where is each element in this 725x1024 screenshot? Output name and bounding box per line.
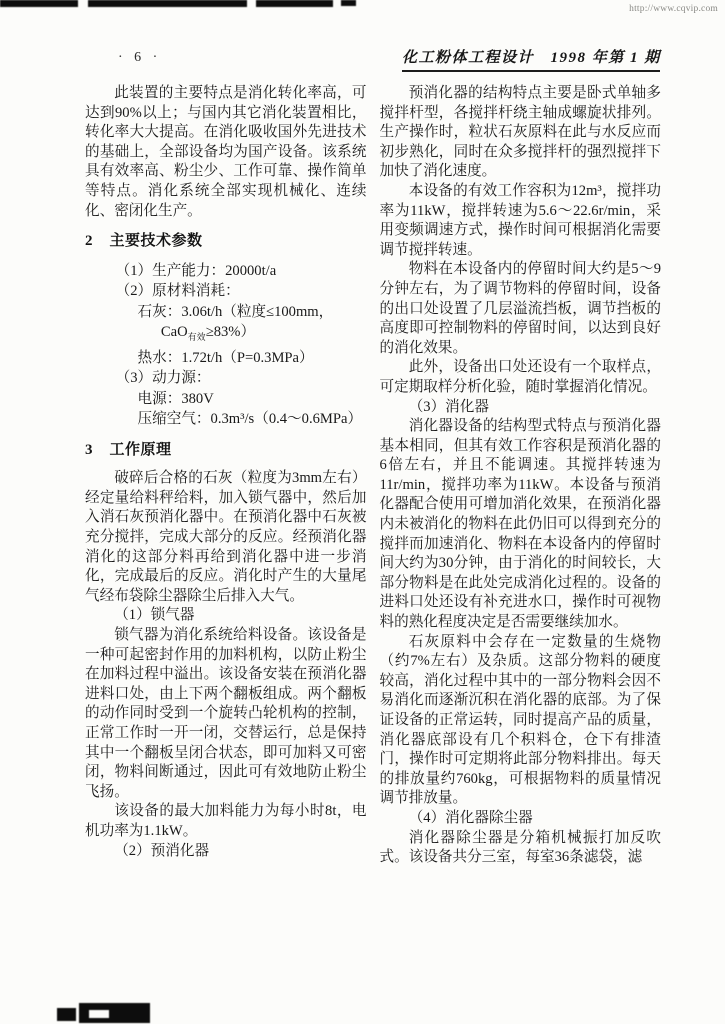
param-compressed-air: 压缩空气：0.3m³/s（0.4～0.6MPa） — [85, 409, 367, 430]
cao-formula: CaO — [161, 324, 188, 340]
paragraph-residence-time: 物料在本设备内的停留时间大约是5～9分钟左右，为了调节物料的停留时间，设备的出口… — [380, 260, 662, 358]
paragraph-digester: 消化器设备的结构型式特点与预消化器基本相同，但其有效工作容积是预消化器的6倍左右… — [380, 417, 662, 633]
left-column: 此装置的主要特点是消化转化率高，可达到90%以上；与国内其它消化装置相比，转化率… — [85, 84, 367, 868]
section-title: 工作原理 — [110, 442, 172, 458]
right-column: 预消化器的结构特点主要是卧式单轴多搅拌杆型，各搅拌杆绕主轴成螺旋状排列。生产操作… — [380, 84, 662, 868]
param-electric: 电源：380V — [85, 389, 367, 410]
section-number: 3 — [85, 442, 93, 458]
subsection-2-title: （2）预消化器 — [85, 842, 367, 862]
cao-subscript: 有效 — [188, 332, 206, 342]
scan-artifact-top-1 — [0, 0, 78, 7]
paragraph-intro: 此装置的主要特点是消化转化率高，可达到90%以上；与国内其它消化装置相比，转化率… — [85, 84, 367, 221]
subsection-3-title: （3）消化器 — [380, 398, 662, 418]
scanned-journal-page: http://www.cqvip.com · 6 · 化工粉体工程设计 1998… — [0, 0, 725, 1024]
paragraph-residue: 石灰原料中会存在一定数量的生烧物（约7%左右）及杂质。这部分物料的硬度较高，消化… — [380, 633, 662, 809]
watermark-url: http://www.cqvip.com — [629, 4, 718, 14]
param-cao: CaO有效≥83%） — [85, 322, 367, 347]
journal-header: 化工粉体工程设计 1998 年第 1 期 — [402, 46, 660, 72]
section-heading-2: 2主要技术参数 — [85, 232, 367, 252]
subsection-4-title: （4）消化器除尘器 — [380, 809, 662, 829]
param-raw-materials: （2）原材料消耗： — [85, 281, 367, 302]
param-power-source: （3）动力源： — [85, 368, 367, 389]
scan-artifact-top-4 — [341, 0, 356, 6]
paragraph-dust-collector: 消化器除尘器是分箱机械振打加反吹式。该设备共分三室，每室36条滤袋，滤 — [380, 829, 662, 868]
subsection-1-title: （1）锁气器 — [85, 606, 367, 626]
param-capacity: （1）生产能力：20000t/a — [85, 261, 367, 282]
page-number: · 6 · — [118, 50, 161, 66]
scan-artifact-bottom-notch — [89, 1010, 109, 1018]
scan-artifact-bottom-1 — [57, 1008, 76, 1021]
param-lime: 石灰：3.06t/h（粒度≤100mm， — [85, 302, 367, 323]
section-heading-3: 3工作原理 — [85, 441, 367, 461]
param-hot-water: 热水：1.72t/h（P=0.3MPa） — [85, 348, 367, 369]
scan-artifact-top-2 — [88, 0, 247, 7]
paragraph-predigester-structure: 预消化器的结构特点主要是卧式单轴多搅拌杆型，各搅拌杆绕主轴成螺旋状排列。生产操作… — [380, 84, 662, 182]
scan-artifact-top-3 — [256, 0, 333, 7]
paragraph-sampling-point: 此外，设备出口处还设有一个取样点，可定期取样分析化验，随时掌握消化情况。 — [380, 358, 662, 397]
section-number: 2 — [85, 233, 93, 249]
section-title: 主要技术参数 — [110, 233, 203, 249]
paragraph-lock-feeder: 锁气器为消化系统给料设备。该设备是一种可起密封作用的加料机构，以防止粉尘在加料过… — [85, 626, 367, 802]
article-body: 此装置的主要特点是消化转化率高，可达到90%以上；与国内其它消化装置相比，转化率… — [85, 84, 661, 868]
paragraph-principle: 破碎后合格的石灰（粒度为3mm左右）经定量给料秤给料，加入锁气器中，然后加入消石… — [85, 469, 367, 606]
paragraph-predigester-specs: 本设备的有效工作容积为12m³，搅拌功率为11kW，搅拌转速为5.6～22.6r… — [380, 182, 662, 260]
paragraph-lock-capacity: 该设备的最大加料能力为每小时8t，电机功率为1.1kW。 — [85, 802, 367, 841]
cao-value: ≥83%） — [206, 324, 255, 340]
